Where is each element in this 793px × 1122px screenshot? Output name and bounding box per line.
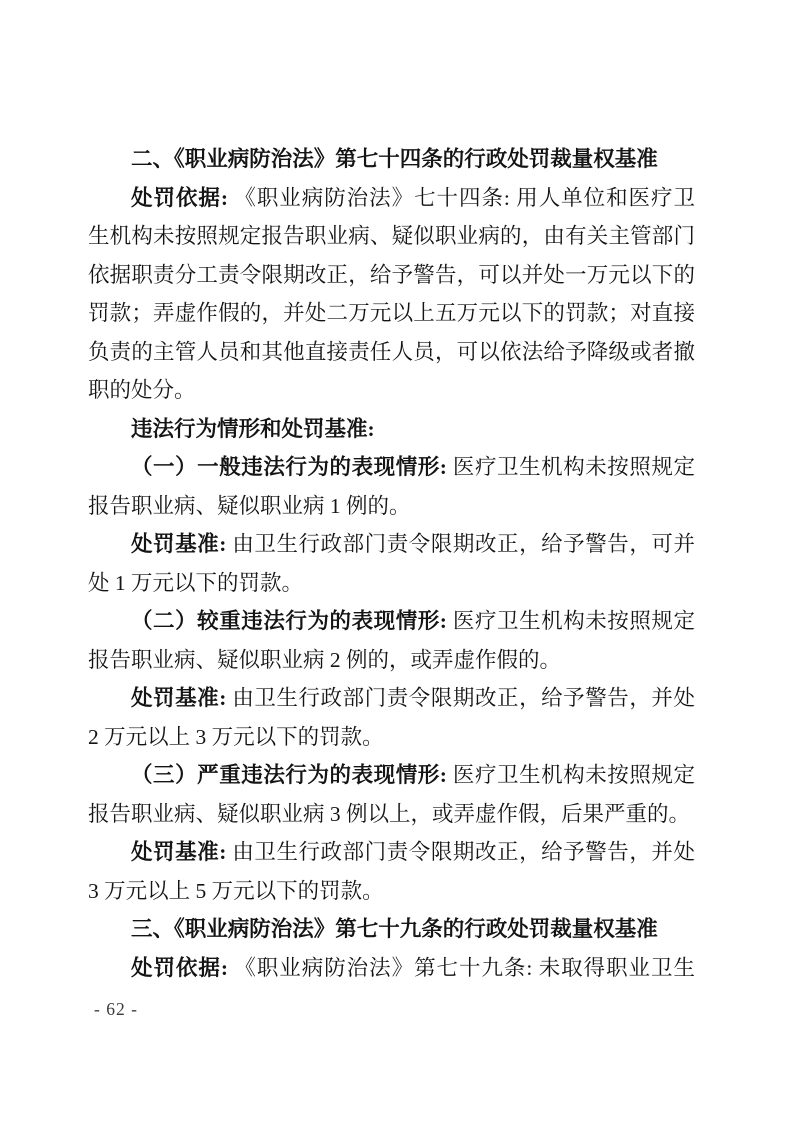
text-line: 负责的主管人员和其他直接责任人员，可以依法给予降级或者撤 (88, 333, 695, 372)
text-line: 处罚依据: 《职业病防治法》七十四条: 用人单位和医疗卫 (88, 179, 695, 218)
text-segment-bold: （二）较重违法行为的表现情形: (131, 609, 447, 633)
document-page: 二、《职业病防治法》第七十四条的行政处罚裁量权基准处罚依据: 《职业病防治法》七… (0, 0, 793, 1122)
text-segment-bold: 处罚依据: (131, 186, 228, 210)
text-segment: 由卫生行政部门责令限期改正，给予警告，可并 (226, 532, 695, 556)
text-segment: 报告职业病、疑似职业病 3 例以上，或弄虚作假，后果严重的。 (88, 802, 690, 826)
text-line: 依据职责分工责令限期改正，给予警告，可以并处一万元以下的 (88, 256, 695, 295)
text-segment-bold: 三、《职业病防治法》第七十九条的行政处罚裁量权基准 (131, 917, 658, 941)
text-segment: 报告职业病、疑似职业病 1 例的。 (88, 494, 411, 518)
text-segment: 2 万元以上 3 万元以下的罚款。 (88, 725, 384, 749)
text-line: 处罚基准: 由卫生行政部门责令限期改正，给予警告，可并 (88, 525, 695, 564)
text-segment: 职的处分。 (88, 378, 196, 402)
text-segment-bold: 违法行为情形和处罚基准: (131, 417, 375, 441)
text-segment: 医疗卫生机构未按照规定 (447, 455, 695, 479)
text-segment: 由卫生行政部门责令限期改正，给予警告，并处 (226, 840, 695, 864)
text-segment: 负责的主管人员和其他直接责任人员，可以依法给予降级或者撤 (88, 340, 695, 364)
text-line: 违法行为情形和处罚基准: (88, 410, 695, 449)
text-segment: 由卫生行政部门责令限期改正，给予警告，并处 (226, 686, 695, 710)
text-line: （二）较重违法行为的表现情形: 医疗卫生机构未按照规定 (88, 602, 695, 641)
text-line: 2 万元以上 3 万元以下的罚款。 (88, 718, 695, 757)
page-number: - 62 - (94, 996, 138, 1022)
text-segment: 处 1 万元以下的罚款。 (88, 571, 303, 595)
text-line: 3 万元以上 5 万元以下的罚款。 (88, 872, 695, 911)
text-line: 报告职业病、疑似职业病 1 例的。 (88, 487, 695, 526)
text-segment: 《职业病防治法》七十四条: 用人单位和医疗卫 (228, 186, 695, 210)
text-line: 处罚依据: 《职业病防治法》第七十九条: 未取得职业卫生 (88, 949, 695, 988)
text-line: （一）一般违法行为的表现情形: 医疗卫生机构未按照规定 (88, 448, 695, 487)
text-line: 罚款；弄虚作假的，并处二万元以上五万元以下的罚款；对直接 (88, 294, 695, 333)
text-line: 处 1 万元以下的罚款。 (88, 564, 695, 603)
document-text: 二、《职业病防治法》第七十四条的行政处罚裁量权基准处罚依据: 《职业病防治法》七… (88, 140, 695, 987)
text-segment: 医疗卫生机构未按照规定 (447, 763, 695, 787)
text-segment: 生机构未按照规定报告职业病、疑似职业病的，由有关主管部门 (88, 224, 695, 248)
text-line: 报告职业病、疑似职业病 2 例的，或弄虚作假的。 (88, 641, 695, 680)
text-segment-bold: 处罚基准: (131, 840, 226, 864)
text-segment-bold: 处罚基准: (131, 686, 226, 710)
text-segment-bold: （三）严重违法行为的表现情形: (131, 763, 447, 787)
text-segment: 依据职责分工责令限期改正，给予警告，可以并处一万元以下的 (88, 263, 695, 287)
text-line: 职的处分。 (88, 371, 695, 410)
text-line: 处罚基准: 由卫生行政部门责令限期改正，给予警告，并处 (88, 833, 695, 872)
text-line: （三）严重违法行为的表现情形: 医疗卫生机构未按照规定 (88, 756, 695, 795)
text-segment-bold: （一）一般违法行为的表现情形: (131, 455, 447, 479)
text-line: 报告职业病、疑似职业病 3 例以上，或弄虚作假，后果严重的。 (88, 795, 695, 834)
text-line: 处罚基准: 由卫生行政部门责令限期改正，给予警告，并处 (88, 679, 695, 718)
text-segment: 《职业病防治法》第七十九条: 未取得职业卫生 (228, 956, 695, 980)
text-line: 二、《职业病防治法》第七十四条的行政处罚裁量权基准 (88, 140, 695, 179)
text-segment-bold: 处罚依据: (131, 956, 228, 980)
text-segment: 报告职业病、疑似职业病 2 例的，或弄虚作假的。 (88, 648, 561, 672)
text-line: 生机构未按照规定报告职业病、疑似职业病的，由有关主管部门 (88, 217, 695, 256)
text-line: 三、《职业病防治法》第七十九条的行政处罚裁量权基准 (88, 910, 695, 949)
text-segment: 医疗卫生机构未按照规定 (447, 609, 695, 633)
text-segment: 3 万元以上 5 万元以下的罚款。 (88, 879, 384, 903)
text-segment-bold: 二、《职业病防治法》第七十四条的行政处罚裁量权基准 (131, 147, 658, 171)
text-segment: 罚款；弄虚作假的，并处二万元以上五万元以下的罚款；对直接 (88, 301, 695, 325)
text-segment-bold: 处罚基准: (131, 532, 226, 556)
